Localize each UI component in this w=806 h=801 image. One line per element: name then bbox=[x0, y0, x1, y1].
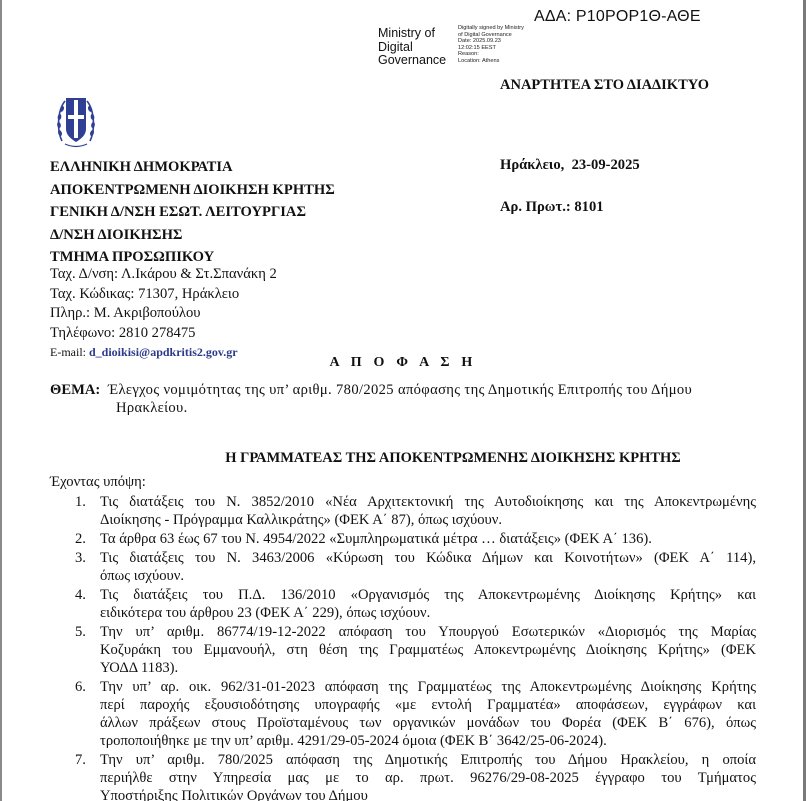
issuer-line: ΑΠΟΚΕΝΤΡΩΜΕΝΗ ΔΙΟΙΚΗΣΗ ΚΡΗΤΗΣ bbox=[50, 179, 335, 202]
signature-line: Digitally signed by Ministry bbox=[458, 25, 548, 32]
digital-signature-issuer: Ministry of Digital Governance bbox=[378, 27, 446, 68]
provision-line: τροποποιήθηκε με την υπ’ αριθμ. 4291/29-… bbox=[100, 732, 756, 750]
signature-line: Reason: bbox=[458, 51, 548, 58]
provision-line: Τις διατάξεις του Π.Δ. 136/2010 «Οργανισ… bbox=[100, 586, 756, 604]
provision-number: 7. bbox=[75, 751, 86, 769]
signature-line: Location: Athens bbox=[458, 58, 548, 65]
provision-number: 6. bbox=[75, 678, 86, 696]
provision-line: περιήλθε στην Υπηρεσία μας με το αρ. πρω… bbox=[100, 769, 756, 787]
provision-number: 3. bbox=[75, 549, 86, 567]
provision-line: Την υπ’ αρ. οικ. 962/31-01-2023 απόφαση … bbox=[100, 678, 756, 696]
ministry-line: Governance bbox=[378, 54, 446, 68]
upload-note: ΑΝΑΡΤΗΤΕΑ ΣΤΟ ΔΙΑΔΙΚΤΥΟ bbox=[500, 77, 709, 94]
protocol-number: Αρ. Πρωτ.: 8101 bbox=[500, 199, 604, 216]
subject-line: Έλεγχος νομιμότητας της υπ’ αριθμ. 780/2… bbox=[108, 381, 740, 399]
provision-line: Τις διατάξεις του Ν. 3852/2010 «Νέα Αρχι… bbox=[100, 493, 756, 511]
provision-line: περί παροχής εξουσιοδότησης υπογραφής «μ… bbox=[100, 696, 756, 714]
provision-line: Την υπ’ αριθμ. 86774/19-12-2022 απόφαση … bbox=[100, 623, 756, 641]
ministry-line: Ministry of bbox=[378, 27, 446, 41]
provision-number: 4. bbox=[75, 586, 86, 604]
digital-signature-details: Digitally signed by Ministry of Digital … bbox=[458, 25, 548, 65]
provision-item: 6.Την υπ’ αρ. οικ. 962/31-01-2023 απόφασ… bbox=[50, 678, 756, 750]
issuer-line: Δ/ΝΣΗ ΔΙΟΙΚΗΣΗΣ bbox=[50, 224, 335, 247]
subject-text: Έλεγχος νομιμότητας της υπ’ αριθμ. 780/2… bbox=[108, 381, 740, 417]
ministry-line: Digital bbox=[378, 41, 446, 55]
provision-line: Τα άρθρα 63 έως 67 του Ν. 4954/2022 «Συμ… bbox=[100, 530, 756, 548]
provision-item: 7.Την υπ’ αριθμ. 780/2025 απόφαση της Δη… bbox=[50, 751, 756, 801]
signature-line: of Digital Governance bbox=[458, 32, 548, 39]
phone: Τηλέφωνο: 2810 278475 bbox=[50, 324, 277, 344]
provision-line: άλλων πράξεων στους Προϊσταμένους των ορ… bbox=[100, 714, 756, 732]
considering-heading: Έχοντας υπόψη: bbox=[50, 474, 146, 491]
provision-line: Διοίκησης - Πρόγραμμα Καλλικράτης» (ΦΕΚ … bbox=[100, 511, 756, 529]
provision-line: ειδικότερα του άρθρου 23 (ΦΕΚ Α΄ 229), ό… bbox=[100, 604, 756, 622]
issuer-block: ΕΛΛΗΝΙΚΗ ΔΗΜΟΚΡΑΤΙΑ ΑΠΟΚΕΝΤΡΩΜΕΝΗ ΔΙΟΙΚΗ… bbox=[50, 156, 335, 269]
page-left-edge bbox=[0, 0, 2, 801]
issuer-line: ΓΕΝΙΚΗ Δ/ΝΣΗ ΕΣΩΤ. ΛΕΙΤΟΥΡΓΙΑΣ bbox=[50, 201, 335, 224]
provision-number: 1. bbox=[75, 493, 86, 511]
provision-line: ΥΟΔΔ 1183). bbox=[100, 659, 756, 677]
provision-line: Την υπ’ αριθμ. 780/2025 απόφαση της Δημο… bbox=[100, 751, 756, 769]
subject-label: ΘΕΜΑ: bbox=[50, 381, 100, 399]
issuer-line: ΕΛΛΗΝΙΚΗ ΔΗΜΟΚΡΑΤΙΑ bbox=[50, 156, 335, 179]
provision-number: 5. bbox=[75, 623, 86, 641]
provision-item: 5.Την υπ’ αριθμ. 86774/19-12-2022 απόφασ… bbox=[50, 623, 756, 677]
provision-item: 2.Τα άρθρα 63 έως 67 του Ν. 4954/2022 «Σ… bbox=[50, 530, 756, 548]
provision-line: όπως ισχύουν. bbox=[100, 567, 756, 585]
provision-line: Κοζυράκη του Εμμανουήλ, στη θέση της Γρα… bbox=[100, 641, 756, 659]
document-type-heading: Α Π Ο Φ Α Σ Η bbox=[0, 355, 806, 371]
postal-code: Ταχ. Κώδικας: 71307, Ηράκλειο bbox=[50, 285, 277, 305]
signature-line: Date: 2025.09.23 bbox=[458, 38, 548, 45]
signature-line: 12:02:15 EEST bbox=[458, 45, 548, 52]
provision-number: 2. bbox=[75, 530, 86, 548]
greek-coat-of-arms-icon bbox=[56, 89, 96, 151]
provision-line: Υποστήριξης Πολιτικών Οργάνων του Δήμου bbox=[100, 787, 756, 801]
provision-line: Τις διατάξεις του Ν. 3463/2006 «Κύρωση τ… bbox=[100, 549, 756, 567]
provision-item: 1.Τις διατάξεις του Ν. 3852/2010 «Νέα Αρ… bbox=[50, 493, 756, 529]
subject-block: ΘΕΜΑ: Έλεγχος νομιμότητας της υπ’ αριθμ.… bbox=[50, 381, 740, 417]
ada-code: ΑΔΑ: Ρ10ΡΟΡ1Θ-ΑΘΕ bbox=[534, 8, 701, 26]
provisions-list: 1.Τις διατάξεις του Ν. 3852/2010 «Νέα Αρ… bbox=[50, 493, 756, 801]
address: Ταχ. Δ/νση: Λ.Ικάρου & Στ.Σπανάκη 2 bbox=[50, 265, 277, 285]
subject-line: Ηρακλείου. bbox=[108, 399, 740, 417]
provision-item: 4.Τις διατάξεις του Π.Δ. 136/2010 «Οργαν… bbox=[50, 586, 756, 622]
contact-block: Ταχ. Δ/νση: Λ.Ικάρου & Στ.Σπανάκη 2 Ταχ.… bbox=[50, 265, 277, 363]
issuing-authority-heading: Η ΓΡΑΜΜΑΤΕΑΣ ΤΗΣ ΑΠΟΚΕΝΤΡΩΜΕΝΗΣ ΔΙΟΙΚΗΣΗ… bbox=[0, 450, 806, 467]
provision-item: 3.Τις διατάξεις του Ν. 3463/2006 «Κύρωση… bbox=[50, 549, 756, 585]
document-date: Ηράκλειο, 23-09-2025 bbox=[500, 157, 640, 174]
info-person: Πληρ.: Μ. Ακριβοπούλου bbox=[50, 304, 277, 324]
